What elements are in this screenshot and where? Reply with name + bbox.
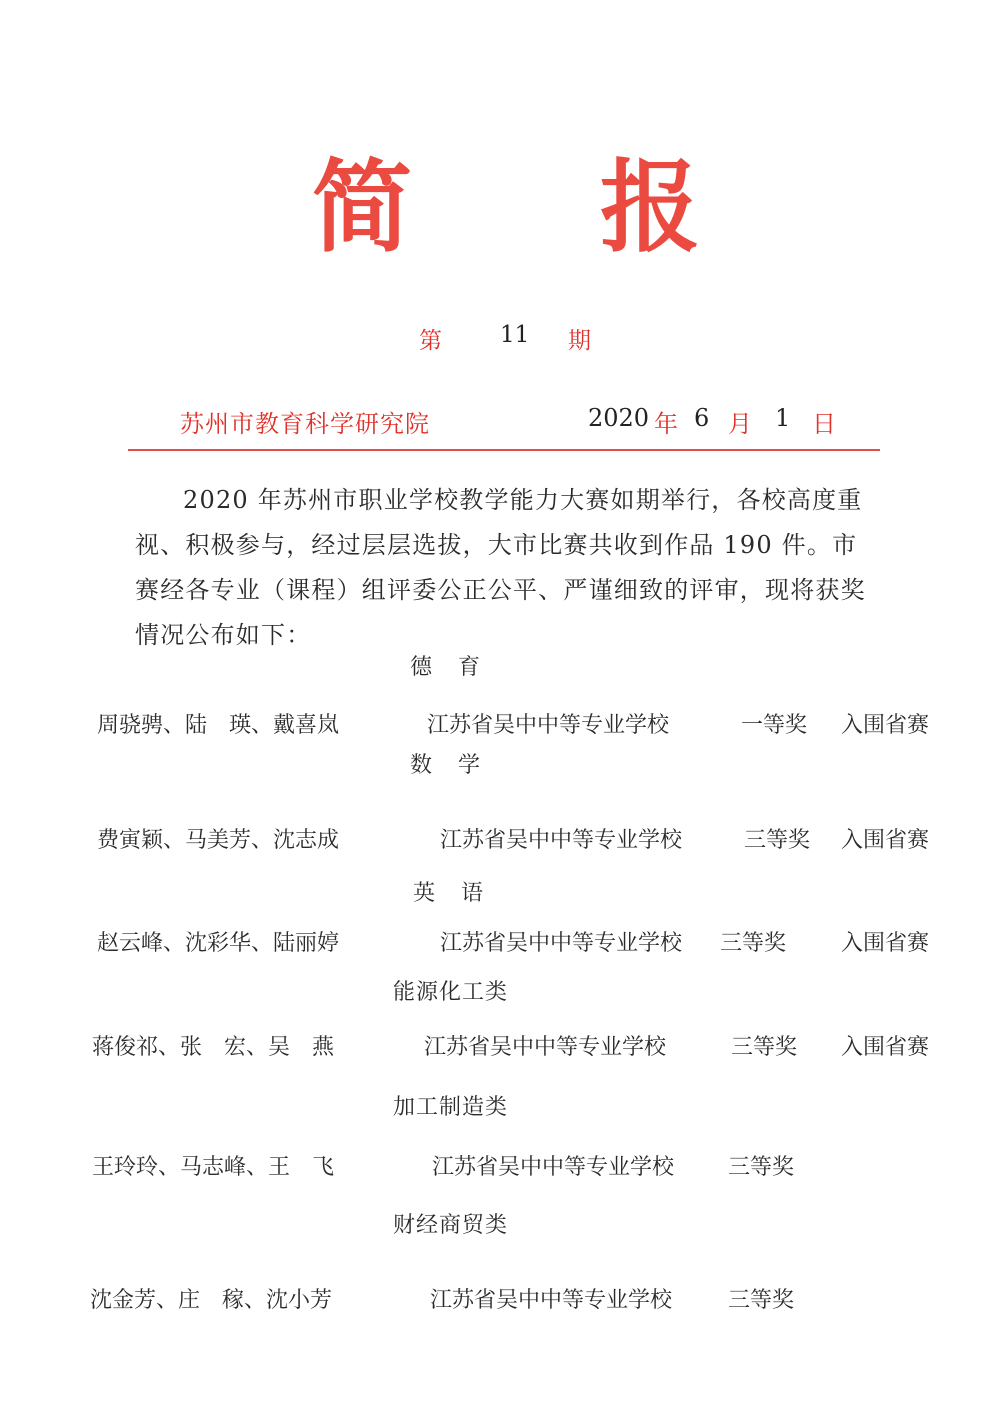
category-heading: 财经商贸类 bbox=[393, 1208, 508, 1239]
award-level: 三等奖 bbox=[728, 1283, 794, 1314]
category-heading: 能源化工类 bbox=[393, 975, 508, 1006]
award-note: 入围省赛 bbox=[841, 708, 929, 739]
header-divider bbox=[128, 449, 880, 451]
category-heading: 英 语 bbox=[413, 876, 485, 907]
school-name: 江苏省吴中中等专业学校 bbox=[440, 823, 682, 854]
category-heading: 加工制造类 bbox=[393, 1090, 508, 1121]
award-level: 一等奖 bbox=[741, 708, 807, 739]
winner-names: 蒋俊祁、张 宏、吴 燕 bbox=[92, 1030, 334, 1061]
school-name: 江苏省吴中中等专业学校 bbox=[424, 1030, 666, 1061]
winner-names: 沈金芳、庄 稼、沈小芳 bbox=[90, 1283, 332, 1314]
award-level: 三等奖 bbox=[720, 926, 786, 957]
date-year: 2020 bbox=[588, 404, 649, 432]
winner-names: 费寅颖、马美芳、沈志成 bbox=[97, 823, 339, 854]
school-name: 江苏省吴中中等专业学校 bbox=[427, 708, 669, 739]
date-month: 6 bbox=[694, 404, 709, 432]
date-month-label: 月 bbox=[728, 404, 752, 439]
winner-names: 王玲玲、马志峰、王 飞 bbox=[92, 1150, 334, 1181]
school-name: 江苏省吴中中等专业学校 bbox=[440, 926, 682, 957]
award-note: 入围省赛 bbox=[841, 1030, 929, 1061]
intro-paragraph: 2020 年苏州市职业学校教学能力大赛如期举行，各校高度重视、积极参与，经过层层… bbox=[135, 478, 880, 658]
issue-prefix: 第 bbox=[419, 322, 442, 355]
category-heading: 德 育 bbox=[410, 650, 482, 681]
title-char-1: 简 bbox=[312, 158, 412, 258]
issue-suffix: 期 bbox=[568, 322, 591, 355]
award-note: 入围省赛 bbox=[841, 823, 929, 854]
issue-number-value: 11 bbox=[500, 322, 529, 348]
intro-text: 2020 年苏州市职业学校教学能力大赛如期举行，各校高度重视、积极参与，经过层层… bbox=[135, 486, 866, 649]
date-year-label: 年 bbox=[654, 404, 678, 439]
title-char-2: 报 bbox=[600, 158, 700, 258]
winner-names: 周骁骋、陆 瑛、戴喜岚 bbox=[97, 708, 339, 739]
winner-names: 赵云峰、沈彩华、陆丽婷 bbox=[97, 926, 339, 957]
category-heading: 数 学 bbox=[410, 748, 482, 779]
issuer: 苏州市教育科学研究院 bbox=[180, 404, 430, 439]
school-name: 江苏省吴中中等专业学校 bbox=[432, 1150, 674, 1181]
award-level: 三等奖 bbox=[744, 823, 810, 854]
date-day-label: 日 bbox=[812, 404, 836, 439]
award-level: 三等奖 bbox=[731, 1030, 797, 1061]
date-day: 1 bbox=[775, 404, 790, 432]
award-note: 入围省赛 bbox=[841, 926, 929, 957]
award-level: 三等奖 bbox=[728, 1150, 794, 1181]
school-name: 江苏省吴中中等专业学校 bbox=[430, 1283, 672, 1314]
